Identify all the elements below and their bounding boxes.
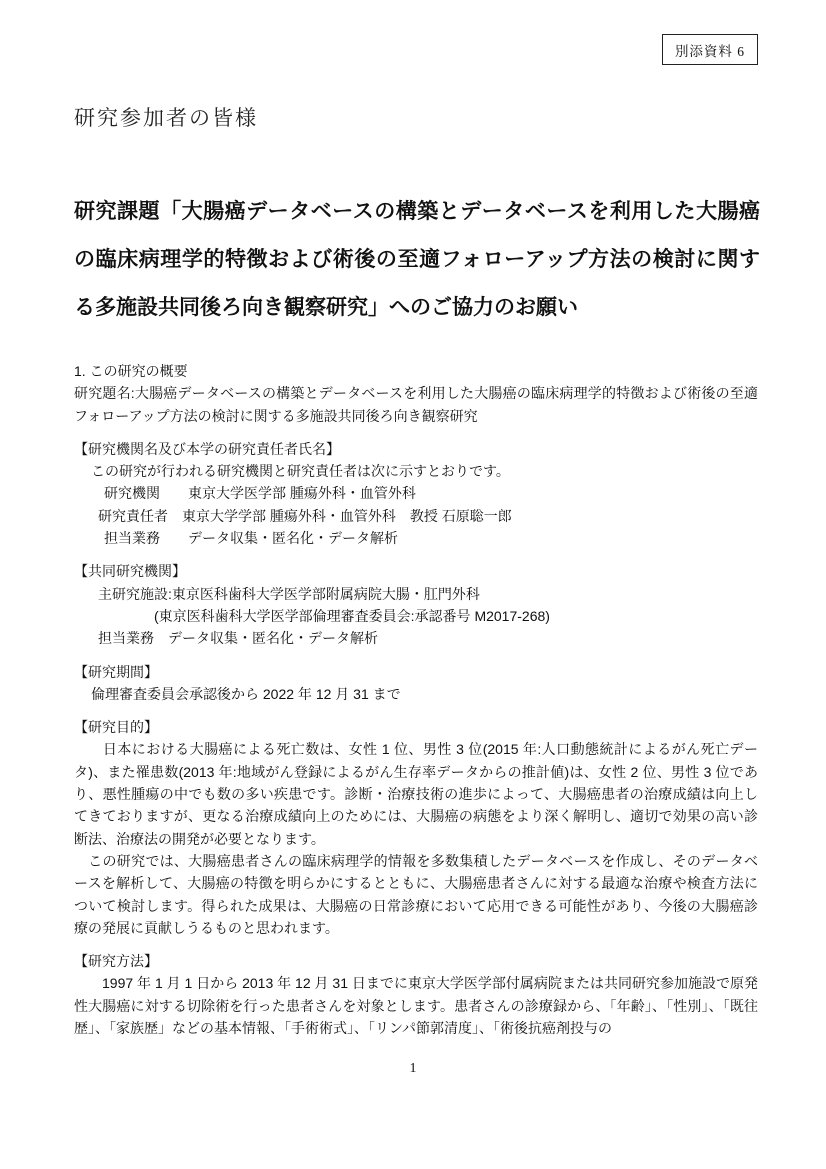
attachment-label-box: 別添資料 6: [662, 34, 758, 65]
document-page: 別添資料 6 研究参加者の皆様 研究課題「大腸癌データベースの構築とデータベース…: [0, 0, 826, 1169]
section-heading: 【共同研究機関】: [74, 560, 758, 582]
section-line: 研究責任者 東京大学学部 腫瘍外科・血管外科 教授 石原聡一郎: [74, 505, 758, 527]
section-line: 担当業務 データ収集・匿名化・データ解析: [74, 527, 758, 549]
section-purpose: 【研究目的】 日本における大腸癌による死亡数は、女性 1 位、男性 3 位(20…: [74, 716, 758, 939]
overview-body: 研究題名:大腸癌データベースの構築とデータベースを利用した大腸癌の臨床病理学的特…: [74, 382, 758, 427]
section-line: 研究機関 東京大学医学部 腫瘍外科・血管外科: [74, 482, 758, 504]
section-line: 主研究施設:東京医科歯科大学医学部附属病院大腸・肛門外科: [74, 583, 758, 605]
page-number: 1: [0, 1061, 826, 1077]
section-period: 【研究期間】 倫理審査委員会承認後から 2022 年 12 月 31 まで: [74, 661, 758, 706]
section-line: 担当業務 データ収集・匿名化・データ解析: [74, 627, 758, 649]
section-heading: 【研究機関名及び本学の研究責任者氏名】: [74, 438, 758, 460]
document-body: 1. この研究の概要 研究題名:大腸癌データベースの構築とデータベースを利用した…: [74, 360, 758, 1039]
section-heading: 【研究期間】: [74, 661, 758, 683]
section-paragraph: この研究では、大腸癌患者さんの臨床病理学的情報を多数集積したデータベースを作成し…: [74, 850, 758, 939]
main-title: 研究課題「大腸癌データベースの構築とデータベースを利用した大腸癌の臨床病理学的特…: [74, 188, 760, 332]
section-line: 倫理審査委員会承認後から 2022 年 12 月 31 まで: [74, 683, 758, 705]
section-heading: 【研究目的】: [74, 716, 758, 738]
section-heading: 【研究方法】: [74, 950, 758, 972]
section-collaborators: 【共同研究機関】 主研究施設:東京医科歯科大学医学部附属病院大腸・肛門外科 (東…: [74, 560, 758, 649]
section-institution: 【研究機関名及び本学の研究責任者氏名】 この研究が行われる研究機関と研究責任者は…: [74, 438, 758, 549]
overview-heading: 1. この研究の概要: [74, 360, 758, 382]
salutation: 研究参加者の皆様: [74, 102, 258, 132]
section-overview: 1. この研究の概要 研究題名:大腸癌データベースの構築とデータベースを利用した…: [74, 360, 758, 427]
section-line: (東京医科歯科大学医学部倫理審査委員会:承認番号 M2017-268): [74, 605, 758, 627]
attachment-label: 別添資料 6: [675, 40, 745, 60]
section-paragraph: 1997 年 1 月 1 日から 2013 年 12 月 31 日までに東京大学…: [74, 972, 758, 1039]
section-paragraph: 日本における大腸癌による死亡数は、女性 1 位、男性 3 位(2015 年:人口…: [74, 738, 758, 849]
section-line: この研究が行われる研究機関と研究責任者は次に示すとおりです。: [74, 460, 758, 482]
section-methods: 【研究方法】 1997 年 1 月 1 日から 2013 年 12 月 31 日…: [74, 950, 758, 1039]
